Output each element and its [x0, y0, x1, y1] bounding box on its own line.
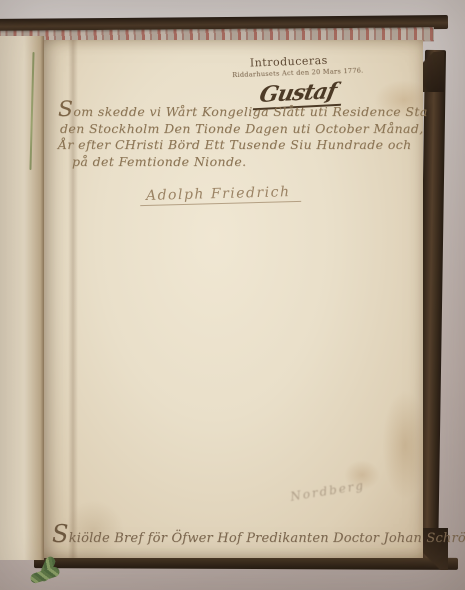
page-stain	[382, 390, 428, 500]
body-line: År efter CHristi Börd Ett Tusende Siu Hu…	[58, 137, 410, 154]
manuscript-page: Introduceras Riddarhusets Act den 20 Mar…	[44, 40, 423, 558]
body-line: på det Femtionde Nionde.	[58, 154, 410, 171]
bookmark-cord-strand	[29, 566, 61, 585]
introduction-note: Introduceras Riddarhusets Act den 20 Mar…	[232, 51, 413, 79]
book-cover-bottom-edge	[34, 556, 458, 570]
pencil-signature: Nordberg	[289, 478, 366, 504]
facing-page-edge	[0, 36, 44, 560]
body-line: den Stockholm Den Tionde Dagen uti Octob…	[58, 121, 410, 138]
bookmark-cord	[28, 556, 74, 590]
manuscript-photo: Introduceras Riddarhusets Act den 20 Mar…	[0, 0, 465, 590]
royal-signature: Adolph Friedrich	[140, 184, 301, 206]
body-line: Som skedde vi Wårt Kongeliga Slått uti R…	[58, 104, 410, 121]
caption-line: Skiölde Bref för Öfwer Hof Predikanten D…	[52, 520, 418, 548]
body-text: Som skedde vi Wårt Kongeliga Slått uti R…	[58, 104, 410, 170]
